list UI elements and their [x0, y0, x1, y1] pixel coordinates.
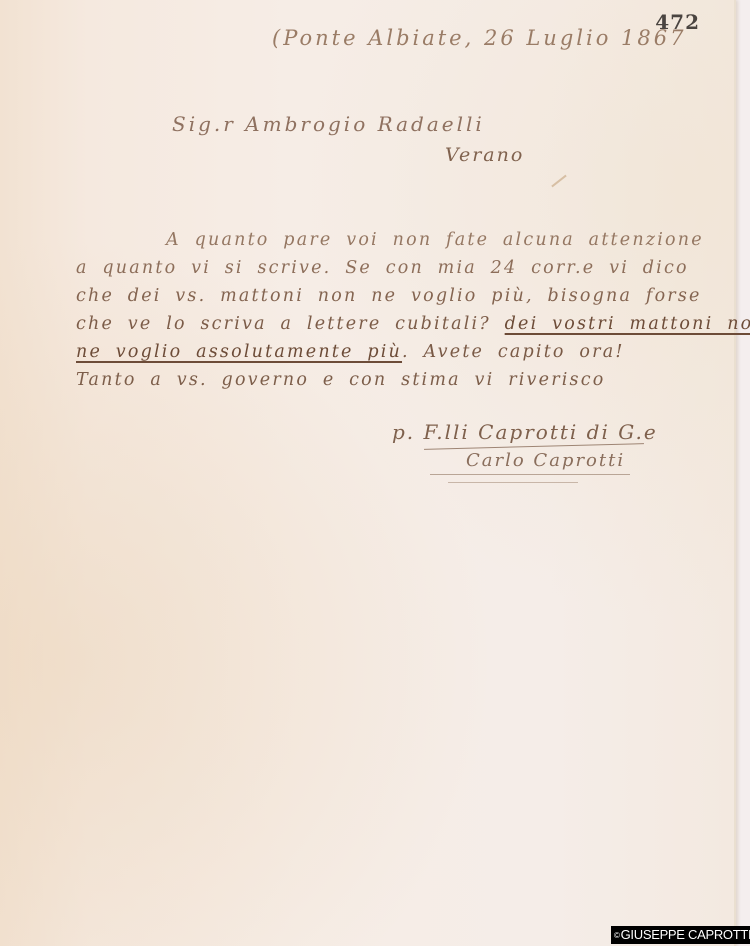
body-line-2: a quanto vi si scrive. Se con mia 24 cor…	[76, 258, 689, 278]
body-line-closing: Tanto a vs. governo e con stima vi river…	[76, 370, 605, 390]
recipient-salutation: Sig.r Ambrogio Radaelli	[172, 112, 485, 136]
copyright-text: GIUSEPPE CAPROTTI	[621, 927, 750, 942]
signature-firm: p. F.lli Caprotti di G.e	[392, 420, 658, 444]
body-line-3: che dei vs. mattoni non ne voglio più, b…	[76, 286, 702, 306]
body-line-4-text: che ve lo scriva a lettere cubitali?	[76, 314, 491, 334]
body-line-4: che ve lo scriva a lettere cubitali? dei…	[76, 314, 750, 334]
letter-paper: 472 (Ponte Albiate, 26 Luglio 1867 Sig.r…	[0, 0, 736, 946]
emphasized-phrase-part2: ne voglio assolutamente più	[76, 342, 402, 362]
signature-name: Carlo Caprotti	[466, 450, 625, 471]
copyright-icon: ©	[614, 931, 620, 940]
recipient-place: Verano	[445, 144, 524, 166]
emphasized-phrase-part1: dei vostri mattoni non	[505, 314, 750, 334]
letter-dateline: (Ponte Albiate, 26 Luglio 1867	[272, 26, 686, 50]
signature-flourish	[424, 443, 644, 450]
signature-underline	[430, 474, 630, 475]
signature-underline-2	[448, 482, 578, 483]
copyright-watermark: ©GIUSEPPE CAPROTTI	[611, 926, 750, 944]
body-line-1: A quanto pare voi non fate alcuna attenz…	[166, 230, 704, 250]
ink-stroke-mark	[551, 175, 566, 188]
body-line-5-suffix: . Avete capito ora!	[402, 342, 625, 362]
body-line-5: ne voglio assolutamente più. Avete capit…	[76, 342, 625, 362]
